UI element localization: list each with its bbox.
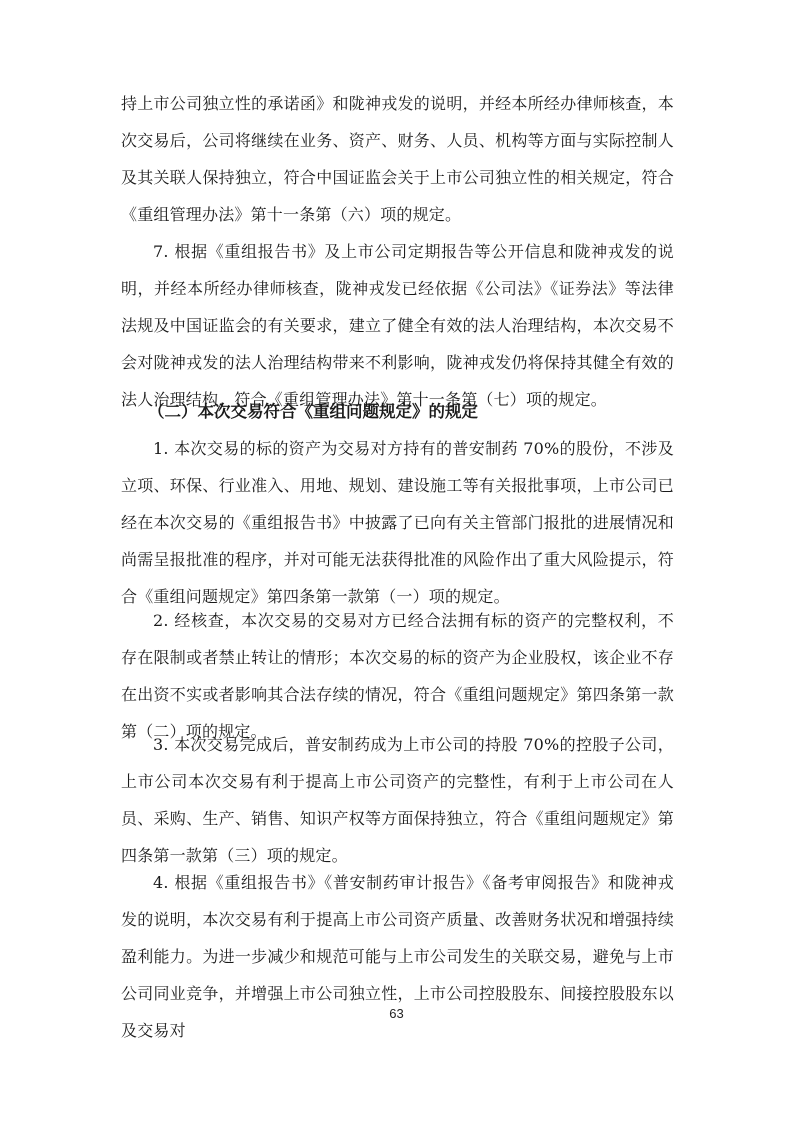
page-number: 63 [0,1006,793,1021]
paragraph-section-item-3: 3. 本次交易完成后，普安制药成为上市公司的持股 70%的控股子公司，上市公司本… [121,726,674,874]
paragraph-section-item-1: 1. 本次交易的标的资产为交易对方持有的普安制药 70%的股份，不涉及立项、环保… [121,430,674,615]
paragraph-item-7: 7. 根据《重组报告书》及上市公司定期报告等公开信息和陇神戎发的说明，并经本所经… [121,233,674,418]
paragraph-section-item-4: 4. 根据《重组报告书》《普安制药审计报告》《备考审阅报告》和陇神戎发的说明，本… [121,864,674,1049]
paragraph-continued: 持上市公司独立性的承诺函》和陇神戎发的说明，并经本所经办律师核查，本次交易后，公… [121,85,674,233]
document-page: 持上市公司独立性的承诺函》和陇神戎发的说明，并经本所经办律师核查，本次交易后，公… [0,0,793,1122]
section-heading: （二）本次交易符合《重组问题规定》的规定 [148,393,478,430]
